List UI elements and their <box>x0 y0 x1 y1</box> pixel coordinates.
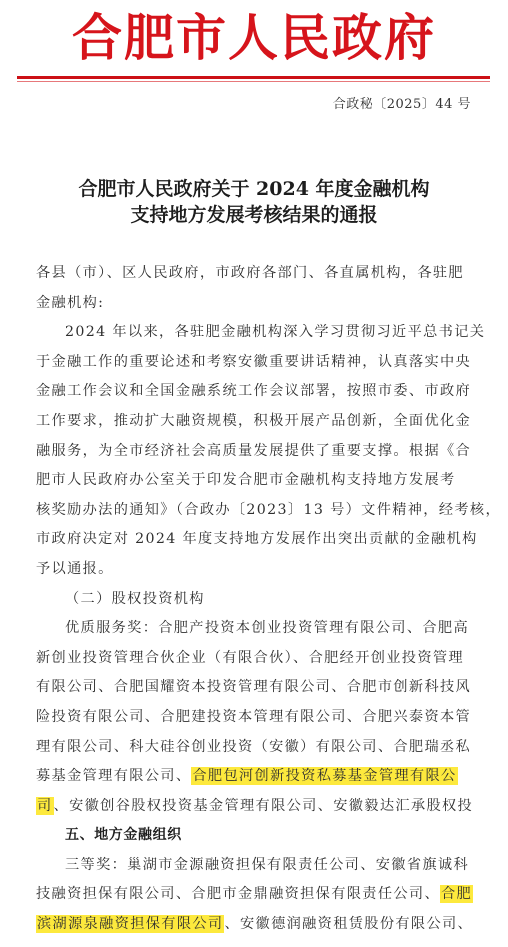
section2-line6-text: 募基金管理有限公司、 <box>36 768 191 784</box>
para1-line: 予以通报。 <box>36 555 472 585</box>
highlighted-company-cont: 滨湖源泉融资担保有限公司 <box>36 915 224 933</box>
highlighted-company: 合肥 <box>440 885 473 903</box>
highlighted-company: 合肥包河创新投资私募基金管理有限公 <box>191 767 457 785</box>
section5-line3-text: 、安徽德润融资租赁股份有限公司、 <box>224 916 473 932</box>
section5-line2-text: 技融资担保有限公司、合肥市金鼎融资担保有限责任公司、 <box>36 886 440 902</box>
section2-line: 理有限公司、科大硅谷创业投资（安徽）有限公司、合肥瑞丞私 <box>36 733 472 763</box>
masthead-rule-thin <box>17 81 490 82</box>
addressee-line-1: 各县（市）、区人民政府，市政府各部门、各直属机构，各驻肥 <box>36 259 472 289</box>
section2-line: 有限公司、合肥国耀资本投资管理有限公司、合肥市创新科技风 <box>36 673 472 703</box>
para1-line: 于金融工作的重要论述和考察安徽重要讲话精神，认真落实中央 <box>36 348 472 378</box>
para1-line: 核奖励办法的通知》（合政办〔2023〕13 号）文件精神，经考核， <box>36 496 472 526</box>
para1-line: 市政府决定对 2024 年度支持地方发展作出突出贡献的金融机构 <box>36 525 472 555</box>
section2-heading: （二）股权投资机构 <box>36 585 472 615</box>
section5-line: 三等奖：巢湖市金源融资担保有限责任公司、安徽省旗诚科 <box>36 851 472 881</box>
para1-line: 2024 年以来，各驻肥金融机构深入学习贯彻习近平总书记关 <box>36 318 472 348</box>
section2-line: 优质服务奖：合肥产投资本创业投资管理有限公司、合肥高 <box>36 614 472 644</box>
masthead-rule-thick <box>17 76 490 79</box>
section5-line: 技融资担保有限公司、合肥市金鼎融资担保有限责任公司、合肥 <box>36 880 472 910</box>
para1-line: 肥市人民政府办公室关于印发合肥市金融机构支持地方发展考 <box>36 466 472 496</box>
para1-line: 工作要求，推动扩大融资规模，积极开展产品创新，全面优化金 <box>36 407 472 437</box>
masthead-title: 合肥市人民政府 <box>0 6 508 70</box>
section5-heading: 五、地方金融组织 <box>36 821 472 851</box>
section2-line: 新创业投资管理合伙企业（有限合伙）、合肥经开创业投资管理 <box>36 644 472 674</box>
section2-line: 司、安徽创谷股权投资基金管理有限公司、安徽毅达汇承股权投 <box>36 792 472 822</box>
section2-line7-text: 、安徽创谷股权投资基金管理有限公司、安徽毅达汇承股权投 <box>54 798 474 814</box>
section2-line: 险投资有限公司、合肥建投资本管理有限公司、合肥兴泰资本管 <box>36 703 472 733</box>
document-title: 合肥市人民政府关于 2024 年度金融机构 支持地方发展考核结果的通报 <box>0 176 508 228</box>
title-line-1: 合肥市人民政府关于 2024 年度金融机构 <box>0 176 508 202</box>
section5-line: 滨湖源泉融资担保有限公司、安徽德润融资租赁股份有限公司、 <box>36 910 472 940</box>
document-body: 各县（市）、区人民政府，市政府各部门、各直属机构，各驻肥 金融机构: 2024 … <box>36 259 472 940</box>
highlighted-company-cont: 司 <box>36 797 54 815</box>
addressee-line-2: 金融机构: <box>36 289 472 319</box>
document-number: 合政秘〔2025〕44 号 <box>333 95 471 115</box>
section2-line: 募基金管理有限公司、合肥包河创新投资私募基金管理有限公 <box>36 762 472 792</box>
para1-line: 融服务，为全市经济社会高质量发展提供了重要支撑。根据《合 <box>36 437 472 467</box>
para1-line: 金融工作会议和全国金融系统工作会议部署，按照市委、市政府 <box>36 377 472 407</box>
title-line-2: 支持地方发展考核结果的通报 <box>0 202 508 228</box>
